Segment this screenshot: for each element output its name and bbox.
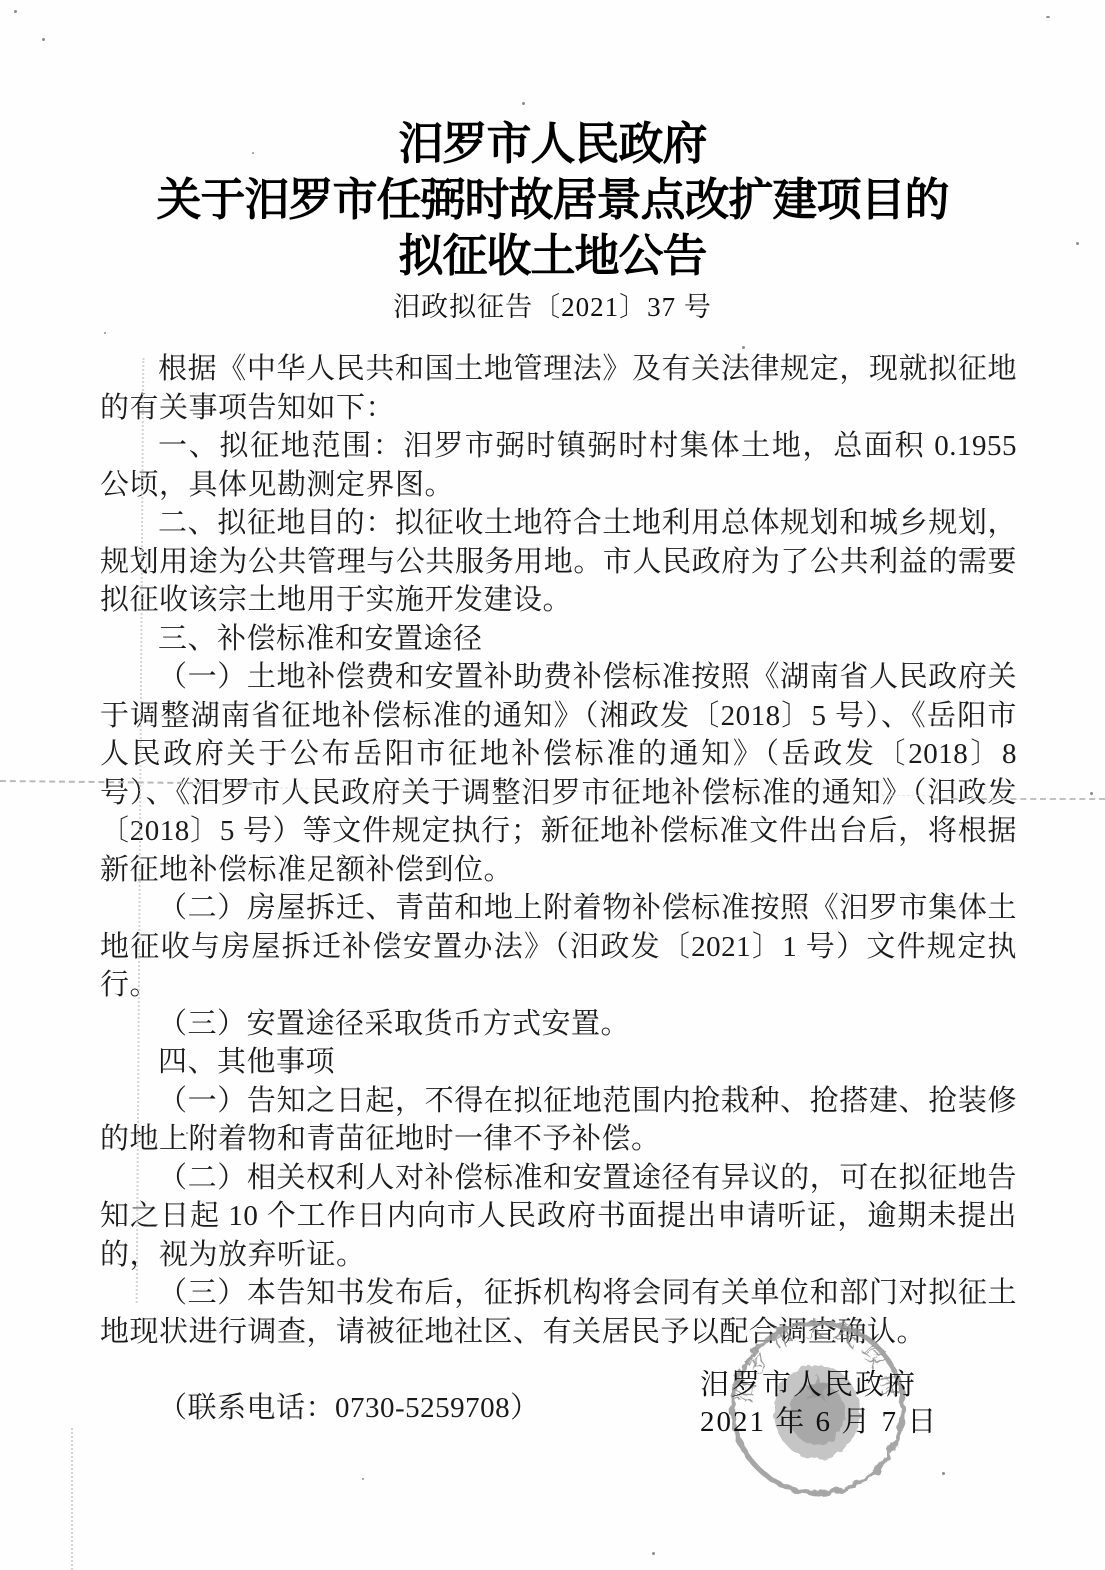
paragraph: （一）土地补偿费和安置补助费补偿标准按照《湖南省人民政府关于调整湖南省征地补偿标… [100, 658, 1017, 889]
paragraph: 四、其他事项 [100, 1043, 1017, 1082]
document-title-line-2: 关于汨罗市任弼时故居景点改扩建项目的 [0, 172, 1105, 228]
paragraph: （二）相关权利人对补偿标准和安置途径有异议的，可在拟征地告知之日起 10 个工作… [100, 1159, 1017, 1275]
signature-date: 2021 年 6 月 7 日 [700, 1404, 938, 1441]
scan-speck [742, 346, 745, 349]
document-title: 汨罗市人民政府 关于汨罗市任弼时故居景点改扩建项目的 拟征收土地公告 [0, 116, 1105, 284]
paragraph: 根据《中华人民共和国土地管理法》及有关法律规定，现就拟征地的有关事项告知如下： [100, 350, 1017, 427]
scan-speck [14, 10, 17, 13]
scan-speck [362, 1478, 364, 1480]
paragraph: （二）房屋拆迁、青苗和地上附着物补偿标准按照《汨罗市集体土地征收与房屋拆迁补偿安… [100, 889, 1017, 1005]
scan-speck [522, 102, 525, 105]
signature-issuer: 汨罗市人民政府 [700, 1367, 938, 1404]
document-title-line-1: 汨罗市人民政府 [0, 116, 1105, 172]
scan-speck [186, 1132, 188, 1134]
scan-speck [1076, 242, 1079, 245]
scanned-document-page: 汨罗市人民政府 关于汨罗市任弼时故居景点改扩建项目的 拟征收土地公告 汨政拟征告… [0, 0, 1105, 1570]
document-title-line-3: 拟征收土地公告 [0, 228, 1105, 284]
paragraph: 一、拟征地范围：汨罗市弼时镇弼时村集体土地，总面积 0.1955 公顷，具体见勘… [100, 427, 1017, 504]
scan-speck [1090, 792, 1093, 795]
scan-speck [104, 332, 106, 334]
scan-speck [42, 38, 45, 41]
vertical-fold-line-lower [71, 1428, 73, 1570]
scan-speck [252, 152, 254, 154]
body-paragraphs: 根据《中华人民共和国土地管理法》及有关法律规定，现就拟征地的有关事项告知如下：一… [100, 350, 1017, 1351]
paragraph: （三）安置途径采取货币方式安置。 [100, 1005, 1017, 1044]
paragraph: 二、拟征地目的：拟征收土地符合土地利用总体规划和城乡规划，规划用途为公共管理与公… [100, 504, 1017, 620]
paragraph: 三、补偿标准和安置途径 [100, 620, 1017, 659]
paragraph: （一）告知之日起，不得在拟征地范围内抢栽种、抢搭建、抢装修的地上附着物和青苗征地… [100, 1082, 1017, 1159]
scan-speck [942, 1472, 945, 1475]
scan-speck [1046, 16, 1050, 18]
signature-block: 汨罗市人民政府 2021 年 6 月 7 日 [700, 1367, 938, 1441]
document-header: 汨罗市人民政府 关于汨罗市任弼时故居景点改扩建项目的 拟征收土地公告 汨政拟征告… [0, 116, 1105, 324]
document-number: 汨政拟征告〔2021〕37 号 [0, 290, 1105, 324]
scan-speck [652, 1552, 655, 1555]
